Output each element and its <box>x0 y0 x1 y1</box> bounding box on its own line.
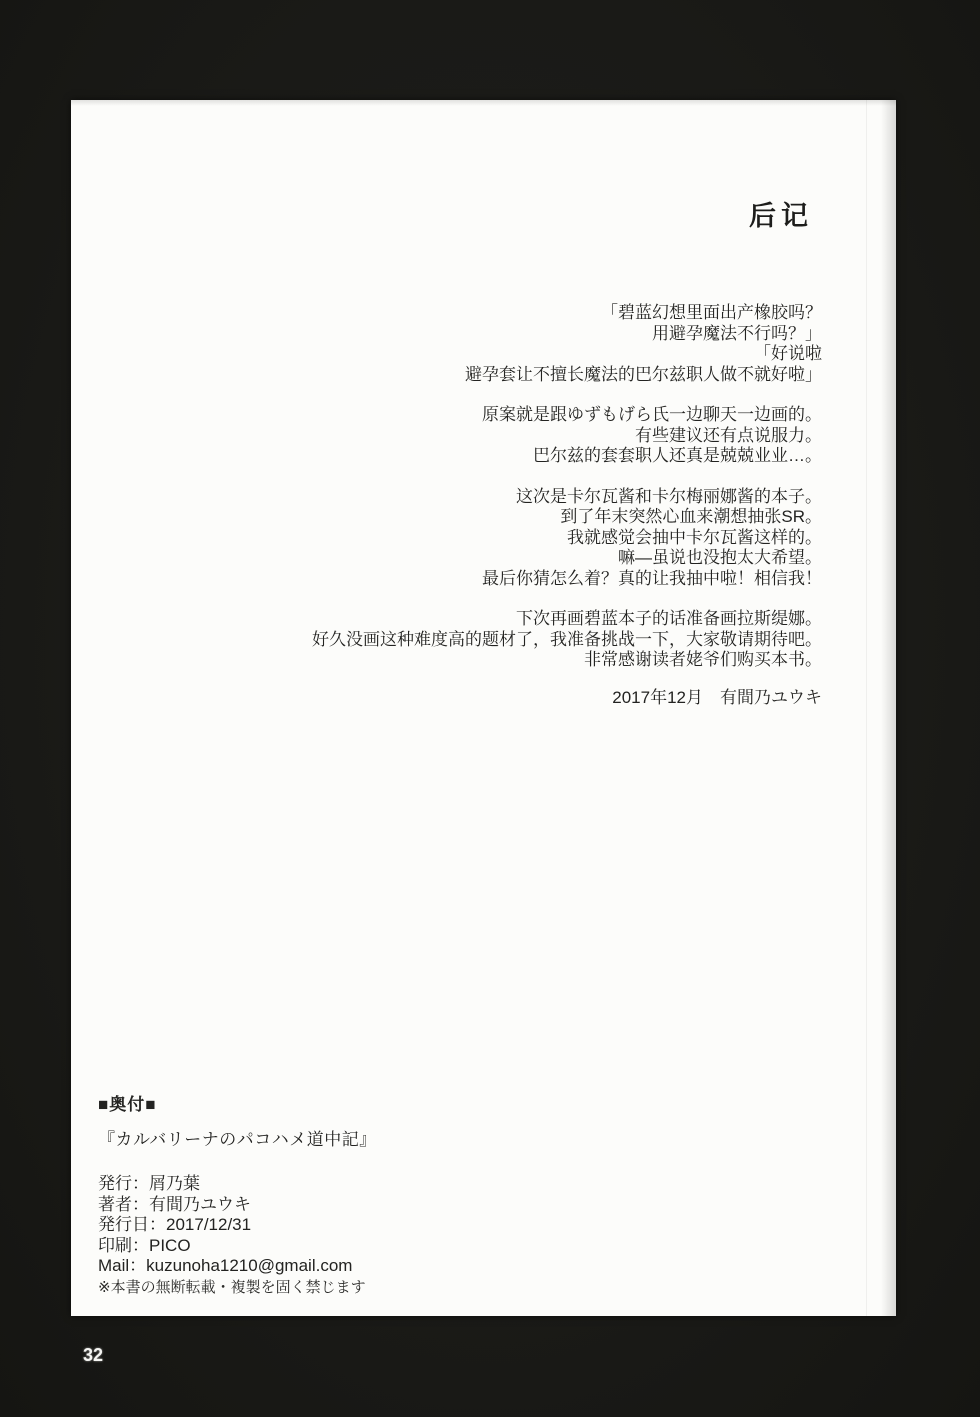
afterword-line: 下次再画碧蓝本子的话准备画拉斯缇娜。 <box>111 609 822 630</box>
afterword-line: 到了年末突然心血来潮想抽张SR。 <box>111 507 822 528</box>
page-top-edge-shading <box>71 100 896 106</box>
afterword-line: 这次是卡尔瓦酱和卡尔梅丽娜酱的本子。 <box>111 487 822 508</box>
afterword-line: 非常感谢读者姥爷们购买本书。 <box>111 650 822 671</box>
afterword-line: 「碧蓝幻想里面出产橡胶吗？ <box>111 303 822 324</box>
colophon-header: ■奥付■ <box>98 1095 377 1116</box>
colophon-copyright-notice: ※本書の無断転載・複製を固く禁じます <box>98 1278 377 1297</box>
colophon-publisher: 発行：屑乃葉 <box>98 1174 377 1195</box>
afterword-paragraph: 下次再画碧蓝本子的话准备画拉斯缇娜。 好久没画这种难度高的题材了，我准备挑战一下… <box>111 609 822 671</box>
afterword-signature: 2017年12月 有間乃ユウキ <box>111 688 822 709</box>
page-right-edge-shading <box>881 100 896 1316</box>
scanned-page-background: 后记 「碧蓝幻想里面出产橡胶吗？ 用避孕魔法不行吗？」 「好说啦 避孕套让不擅长… <box>0 0 980 1417</box>
colophon-printer: 印刷：PICO <box>98 1236 377 1257</box>
colophon-publish-date: 発行日：2017/12/31 <box>98 1215 377 1236</box>
afterword-line: 「好说啦 <box>111 344 822 365</box>
afterword-line: 最后你猜怎么着？真的让我抽中啦！相信我！ <box>111 569 822 590</box>
afterword-line: 嘛—虽说也没抱太大希望。 <box>111 548 822 569</box>
colophon-author: 著者：有間乃ユウキ <box>98 1195 377 1216</box>
afterword-line: 避孕套让不擅长魔法的巴尔兹职人做不就好啦」 <box>111 365 822 386</box>
afterword-line: 巴尔兹的套套职人还真是兢兢业业…。 <box>111 446 822 467</box>
afterword-title: 后记 <box>716 194 846 233</box>
afterword-line: 我就感觉会抽中卡尔瓦酱这样的。 <box>111 528 822 549</box>
page-fold-line <box>866 100 867 1316</box>
colophon-details: 発行：屑乃葉 著者：有間乃ユウキ 発行日：2017/12/31 印刷：PICO … <box>98 1174 377 1297</box>
page-number: 32 <box>73 1345 113 1366</box>
afterword-line: 好久没画这种难度高的题材了，我准备挑战一下，大家敬请期待吧。 <box>111 630 822 651</box>
afterword-paragraph: 原案就是跟ゆずもげら氏一边聊天一边画的。 有些建议还有点说服力。 巴尔兹的套套职… <box>111 405 822 467</box>
afterword-line: 原案就是跟ゆずもげら氏一边聊天一边画的。 <box>111 405 822 426</box>
colophon-block: ■奥付■ 『カルバリーナのパコハメ道中記』 発行：屑乃葉 著者：有間乃ユウキ 発… <box>98 1095 377 1297</box>
afterword-paragraph: 「碧蓝幻想里面出产橡胶吗？ 用避孕魔法不行吗？」 「好说啦 避孕套让不擅长魔法的… <box>111 303 822 385</box>
colophon-mail: Mail：kuzunoha1210@gmail.com <box>98 1256 377 1277</box>
afterword-paragraph: 这次是卡尔瓦酱和卡尔梅丽娜酱的本子。 到了年末突然心血来潮想抽张SR。 我就感觉… <box>111 487 822 590</box>
book-page: 后记 「碧蓝幻想里面出产橡胶吗？ 用避孕魔法不行吗？」 「好说啦 避孕套让不擅长… <box>71 100 896 1316</box>
afterword-line: 用避孕魔法不行吗？」 <box>111 324 822 345</box>
afterword-text-block: 「碧蓝幻想里面出产橡胶吗？ 用避孕魔法不行吗？」 「好说啦 避孕套让不擅长魔法的… <box>111 303 822 708</box>
colophon-book-title: 『カルバリーナのパコハメ道中記』 <box>98 1130 377 1151</box>
afterword-line: 有些建议还有点说服力。 <box>111 426 822 447</box>
